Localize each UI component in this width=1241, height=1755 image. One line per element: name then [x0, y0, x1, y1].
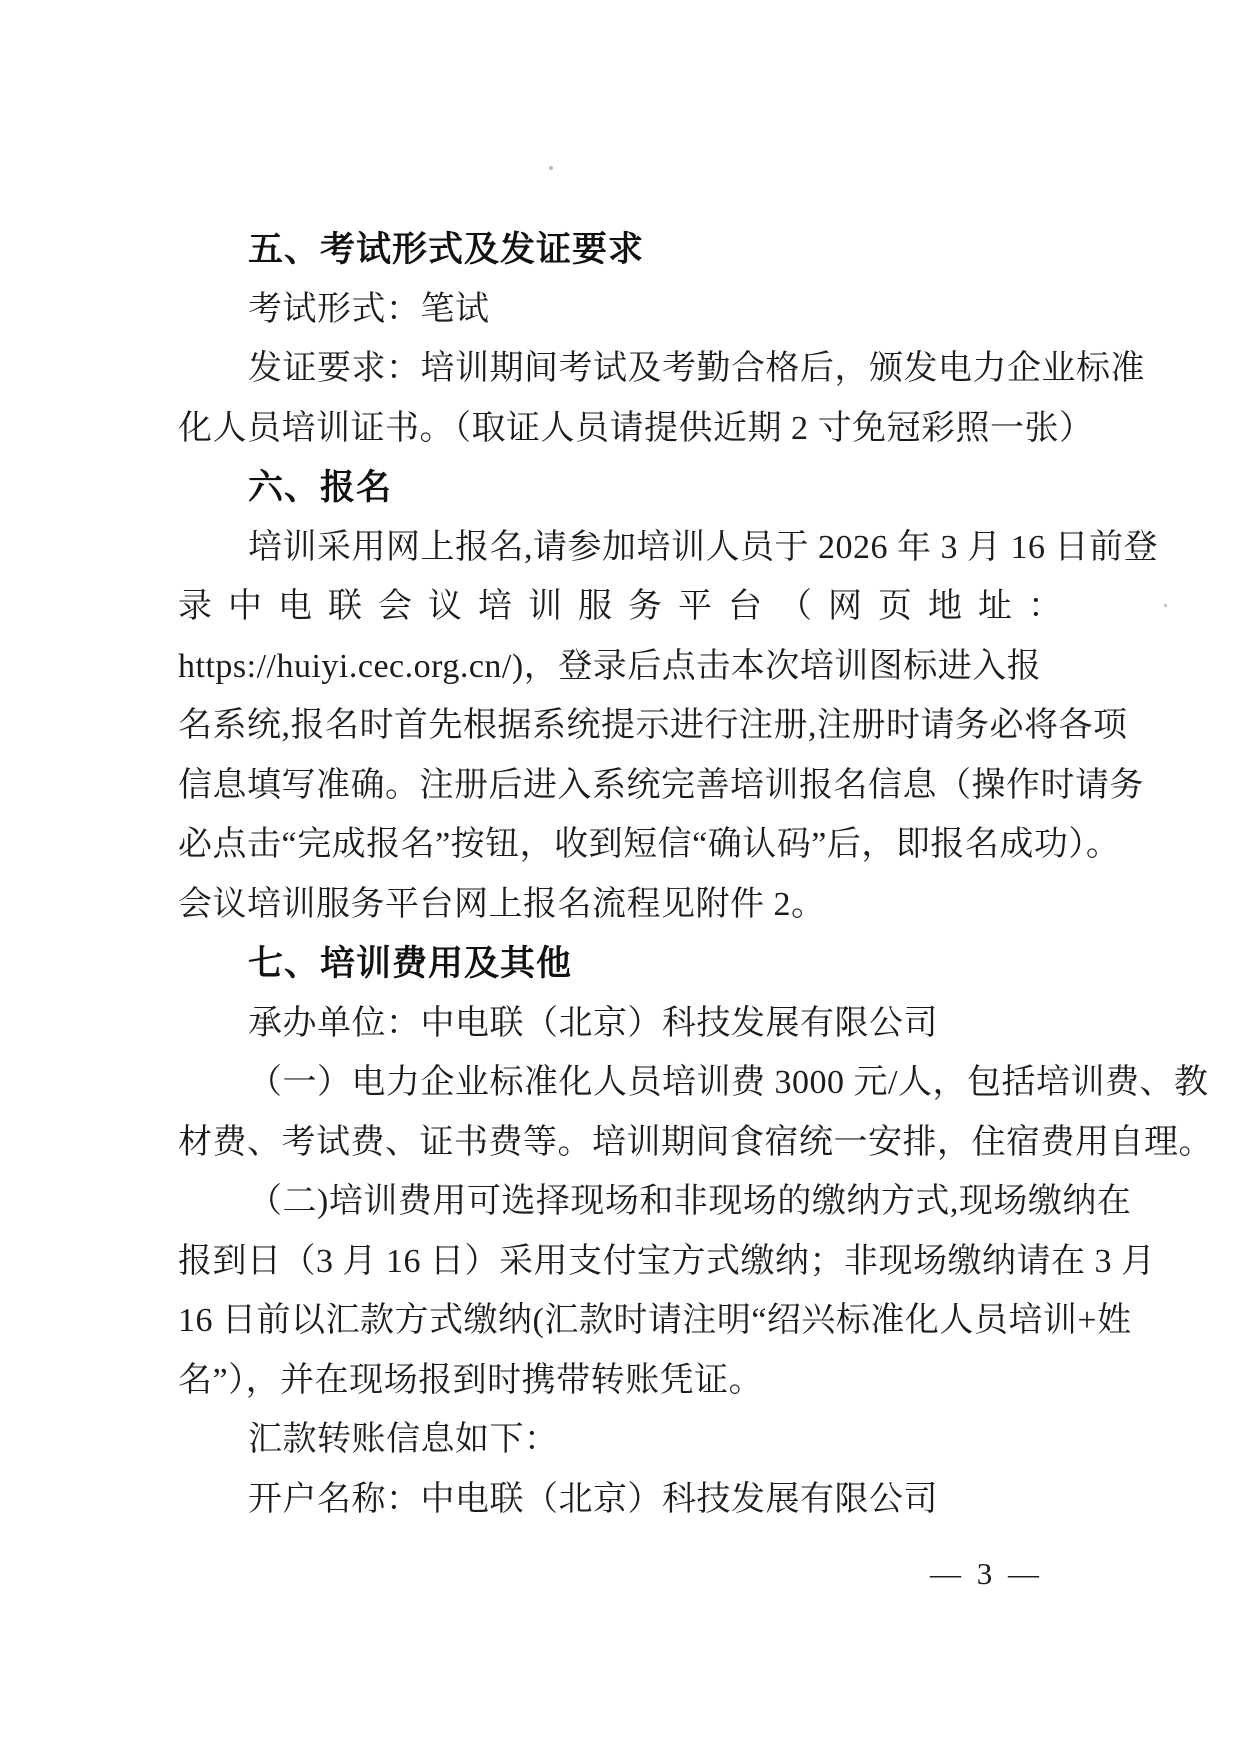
text-line: 材费、考试费、证书费等。培训期间食宿统一安排，住宿费用自理。: [178, 1121, 1118, 1165]
text-line: （一）电力企业标准化人员培训费 3000 元/人，包括培训费、教: [178, 1061, 1188, 1105]
scan-speck: [1164, 604, 1167, 607]
text-line: 承办单位：中电联（北京）科技发展有限公司: [178, 1002, 1188, 1046]
text-line: 开户名称：中电联（北京）科技发展有限公司: [178, 1478, 1188, 1522]
page-number: — 3 —: [930, 1556, 1130, 1592]
text-line: 考试形式：笔试: [178, 288, 1188, 332]
text-line: 名”），并在现场报到时携带转账凭证。: [178, 1359, 1118, 1403]
document-lines: 五、考试形式及发证要求考试形式：笔试发证要求：培训期间考试及考勤合格后，颁发电力…: [0, 0, 1241, 1755]
text-line: 16 日前以汇款方式缴纳(汇款时请注明“绍兴标准化人员培训+姓: [178, 1299, 1118, 1343]
text-line: 名系统,报名时首先根据系统提示进行注册,注册时请务必将各项: [178, 704, 1118, 748]
text-line: 发证要求：培训期间考试及考勤合格后，颁发电力企业标准: [178, 347, 1188, 391]
text-line: 信息填写准确。注册后进入系统完善培训报名信息（操作时请务: [178, 764, 1118, 808]
text-line: https://huiyi.cec.org.cn/)，登录后点击本次培训图标进入…: [178, 645, 1118, 689]
text-line: 培训采用网上报名,请参加培训人员于 2026 年 3 月 16 日前登: [178, 526, 1188, 570]
text-line: 必点击“完成报名”按钮，收到短信“确认码”后，即报名成功）。: [178, 823, 1118, 867]
section-heading: 五、考试形式及发证要求: [178, 228, 1188, 272]
section-heading: 七、培训费用及其他: [178, 942, 1188, 986]
text-line: 录中电联会议培训服务平台（网页地址：: [178, 585, 1118, 629]
section-heading: 六、报名: [178, 466, 1188, 510]
text-line: （二)培训费用可选择现场和非现场的缴纳方式,现场缴纳在: [178, 1180, 1188, 1224]
text-line: 会议培训服务平台网上报名流程见附件 2。: [178, 883, 1118, 927]
scan-speck: [549, 166, 553, 170]
text-line: 化人员培训证书。（取证人员请提供近期 2 寸免冠彩照一张）: [178, 407, 1118, 451]
text-line: 报到日（3 月 16 日）采用支付宝方式缴纳；非现场缴纳请在 3 月: [178, 1240, 1118, 1284]
document-page: 五、考试形式及发证要求考试形式：笔试发证要求：培训期间考试及考勤合格后，颁发电力…: [0, 0, 1241, 1755]
text-line: 汇款转账信息如下：: [178, 1418, 1188, 1462]
